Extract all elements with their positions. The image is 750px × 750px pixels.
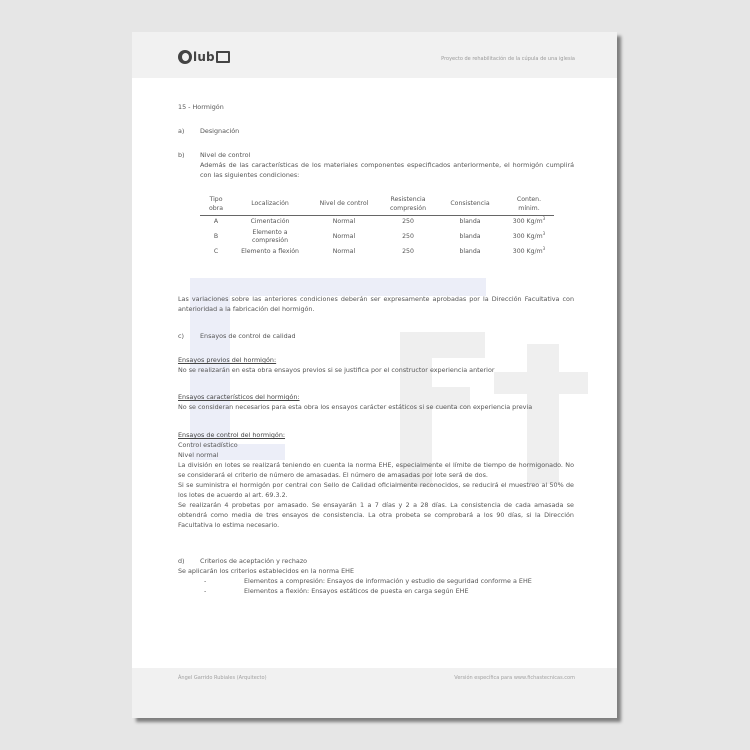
page-footer: Ángel Garrido Rubiales (Arquitecto) Vers… [132, 668, 617, 718]
table-row: A Cimentación Normal 250 blanda 300 Kg/m… [200, 216, 554, 229]
table-header: Resistencia compresión [380, 195, 436, 216]
logo-text: lub [193, 50, 215, 64]
logo-c-icon [178, 50, 192, 64]
caracteristicos-text: No se consideran necesarios para esta ob… [178, 402, 574, 412]
control-title: Ensayos de control del hormigón: [178, 430, 574, 440]
list-item: - Elementos a compresión: Ensayos de inf… [200, 576, 574, 586]
section-title: 15 - Hormigón [178, 102, 224, 112]
watermark-shape [494, 372, 588, 394]
page-header: lub Proyecto de rehabilitación de la cúp… [132, 32, 617, 78]
control-paragraph-2: Si se suministra el hormigón por central… [178, 480, 574, 500]
table-row: C Elemento a flexión Normal 250 blanda 3… [200, 246, 554, 259]
concrete-table: Tipo obra Localización Nivel de control … [200, 195, 554, 258]
table-header: Conten. mínim. [504, 195, 554, 216]
table-header: Nivel de control [308, 195, 380, 216]
footer-author: Ángel Garrido Rubiales (Arquitecto) [178, 675, 267, 681]
item-a: a)Designación [178, 126, 239, 136]
table-row: B Elemento a compresión Normal 250 bland… [200, 229, 554, 246]
item-b: b)Nivel de control [178, 150, 250, 160]
criterios-list: - Elementos a compresión: Ensayos de inf… [200, 576, 574, 596]
item-c: c)Ensayos de control de calidad [178, 331, 296, 341]
previos-title: Ensayos previos del hormigón: [178, 355, 574, 365]
caracteristicos-title: Ensayos característicos del hormigón: [178, 392, 574, 402]
variations-text: Las variaciones sobre las anteriores con… [178, 294, 574, 314]
table-header: Tipo obra [200, 195, 232, 216]
logo-box-icon [216, 51, 230, 63]
list-item: - Elementos a flexión: Ensayos estáticos… [200, 586, 574, 596]
document-page: lub Proyecto de rehabilitación de la cúp… [132, 32, 617, 718]
control-paragraph-3: Se realizarán 4 probetas por amasado. Se… [178, 500, 574, 530]
control-line-2: Nivel normal [178, 450, 574, 460]
table-header: Localización [232, 195, 308, 216]
footer-version: Versión específica para www.fichastecnic… [454, 675, 575, 681]
control-line-1: Control estadístico [178, 440, 574, 450]
table-header-row: Tipo obra Localización Nivel de control … [200, 195, 554, 216]
criterios-intro: Se aplicarán los criterios establecidos … [178, 566, 574, 576]
item-d: d)Criterios de aceptación y rechazo [178, 556, 307, 566]
header-title: Proyecto de rehabilitación de la cúpula … [441, 56, 575, 62]
control-paragraph-1: La división en lotes se realizará tenien… [178, 460, 574, 480]
previos-text: No se realizarán en esta obra ensayos pr… [178, 365, 574, 375]
club-logo: lub [178, 50, 230, 64]
control-intro: Además de las características de los mat… [200, 160, 574, 180]
table-header: Consistencia [436, 195, 504, 216]
